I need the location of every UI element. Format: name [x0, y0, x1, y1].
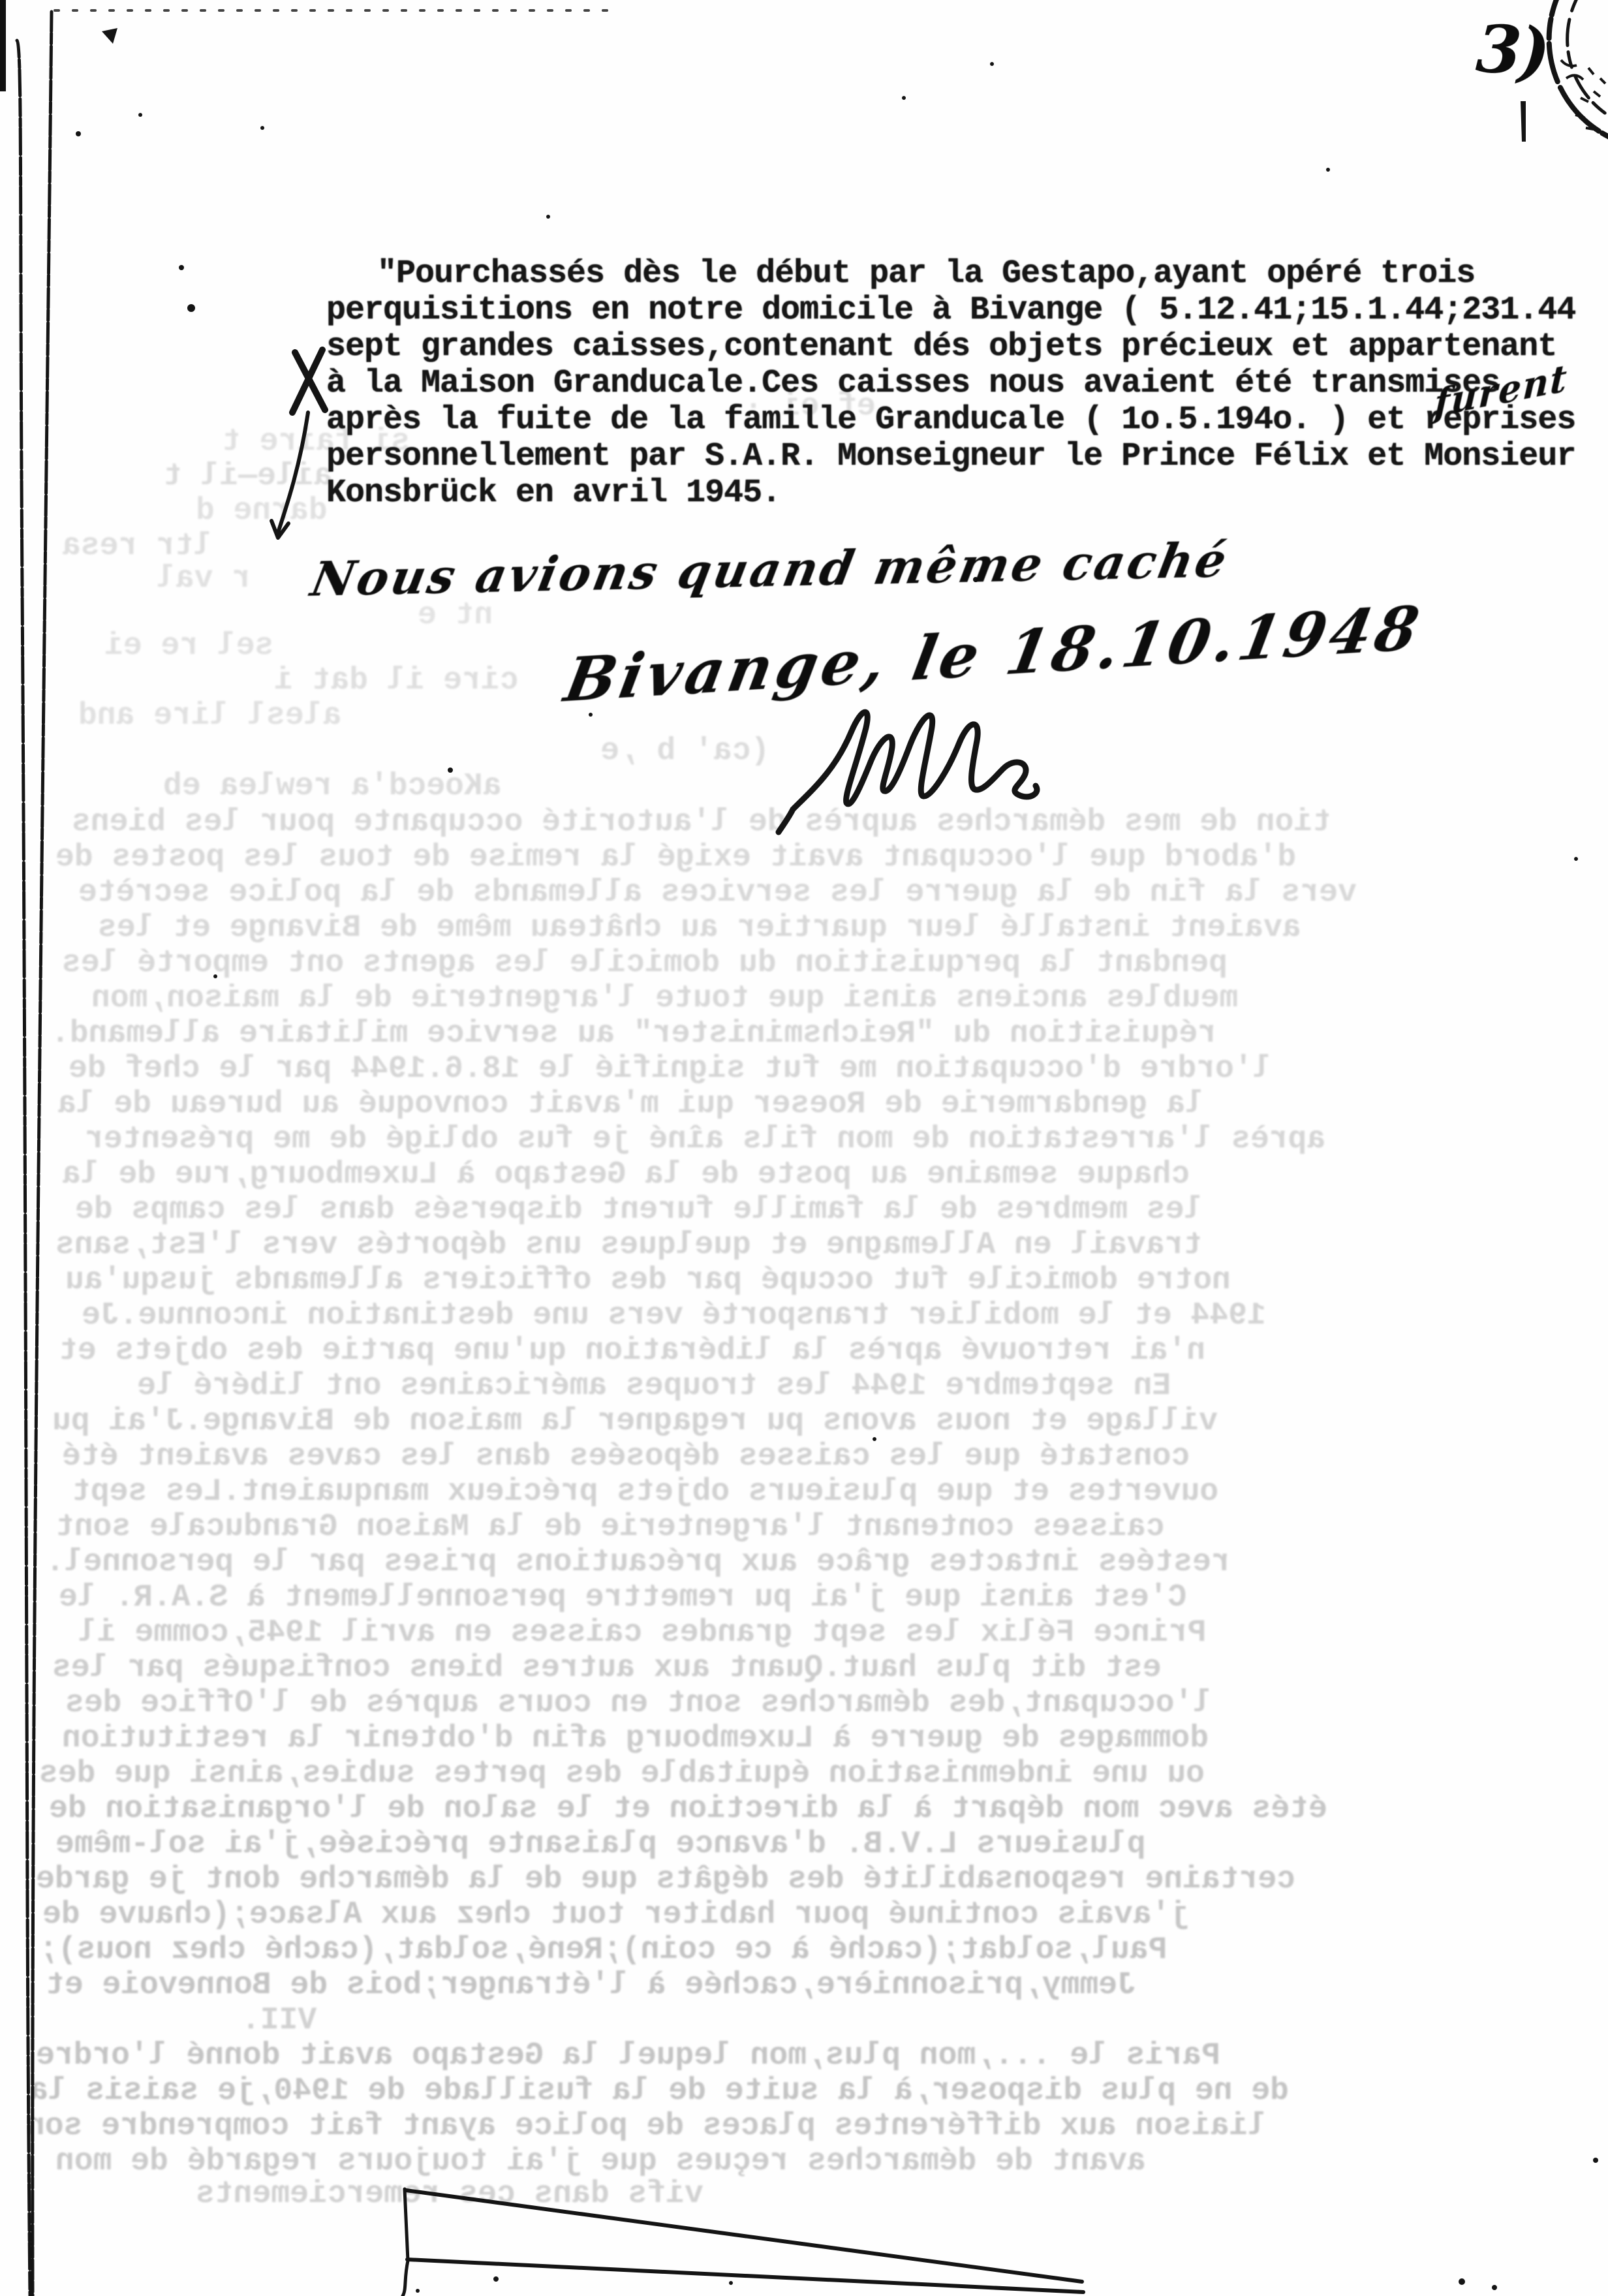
- typed-paragraph: "Pourchassés dès le début par la Gestapo…: [326, 256, 1575, 512]
- typed-line: personnellement par S.A.R. Monseigneur l…: [326, 439, 1575, 475]
- typed-line: à la Maison Granducale.Ces caisses nous …: [326, 365, 1575, 402]
- fold-crease-wedge: [403, 2189, 1083, 2296]
- signature-scrawl: [773, 692, 1054, 842]
- typed-line: perquisitions en notre domicile à Bivang…: [326, 292, 1575, 329]
- typed-line: sept grandes caisses,contenant dés objet…: [326, 329, 1575, 365]
- typed-line: "Pourchassés dès le début par la Gestapo…: [326, 256, 1575, 292]
- typed-line: Konsbrück en avril 1945.: [326, 475, 1575, 512]
- margin-x-arrow-annotation: [261, 345, 333, 566]
- stamp: [1523, 0, 1608, 157]
- document-page: ef ei ·si faire taile—il tdarne dltr res…: [0, 0, 1608, 2296]
- typed-line: après la fuite de la famille Granducale …: [326, 402, 1575, 439]
